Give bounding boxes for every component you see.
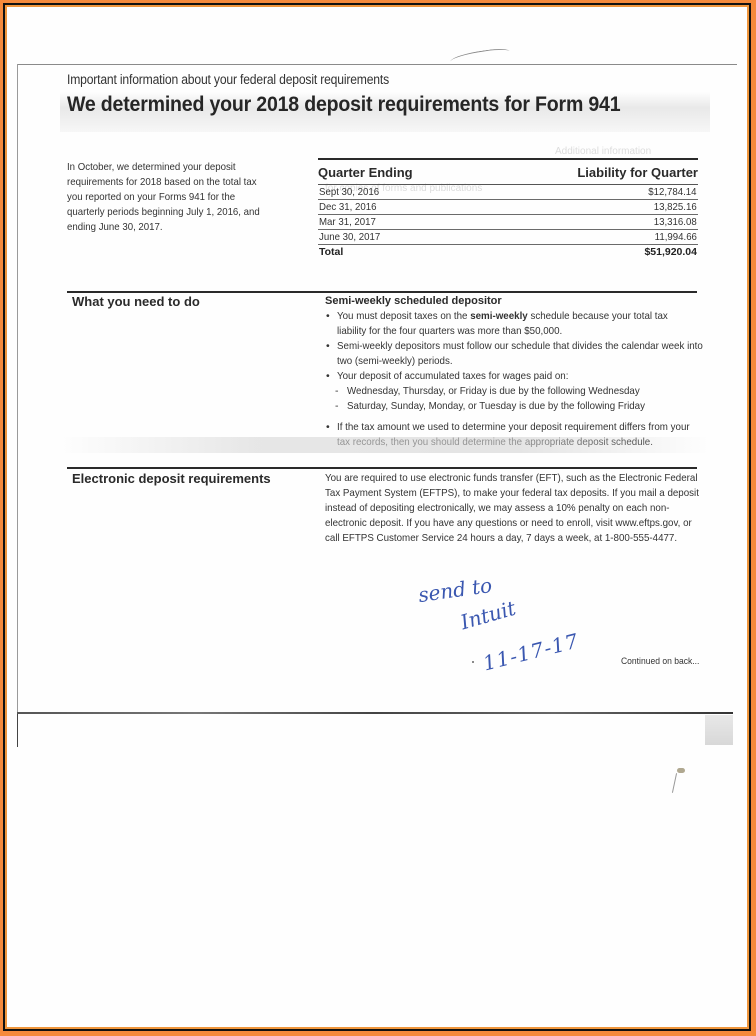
list-item: - Wednesday, Thursday, or Friday is due … xyxy=(325,384,705,399)
text: liability for the four quarters was more… xyxy=(337,324,562,339)
table-total-row: Total $51,920.04 xyxy=(318,245,698,260)
quarter-ending: June 30, 2017 xyxy=(319,230,380,244)
liability-amount: 13,825.16 xyxy=(654,200,697,214)
liability-amount: $12,784.14 xyxy=(649,185,697,199)
pre-title: Important information about your federal… xyxy=(67,72,389,87)
intro-paragraph: In October, we determined your deposit r… xyxy=(67,160,260,235)
text-line: instead of depositing electronically, we… xyxy=(325,501,670,516)
ink-dot xyxy=(472,661,474,663)
scan-shade xyxy=(60,437,710,453)
section-heading-what-to-do: What you need to do xyxy=(72,294,200,309)
electronic-body: You are required to use electronic funds… xyxy=(325,471,705,546)
table-header: Quarter Ending Liability for Quarter xyxy=(318,158,698,185)
text: Saturday, Sunday, Monday, or Tuesday is … xyxy=(347,399,645,414)
liability-amount: 11,994.66 xyxy=(655,230,697,244)
table-row: Sept 30, 2016$12,784.14 xyxy=(318,185,698,200)
bullet-icon: • xyxy=(326,420,330,435)
text: You must deposit taxes on the xyxy=(337,310,470,322)
section-divider xyxy=(67,291,697,293)
bullet-icon: • xyxy=(326,369,330,384)
sheet-left-edge xyxy=(17,64,18,747)
table-row: Dec 31, 201613,825.16 xyxy=(318,200,698,215)
text: schedule because your total tax xyxy=(528,310,668,322)
section-heading-electronic: Electronic deposit requirements xyxy=(72,471,271,486)
bleed-through-text: Additional information xyxy=(555,146,651,157)
table-row: Mar 31, 201713,316.08 xyxy=(318,215,698,230)
text: Your deposit of accumulated taxes for wa… xyxy=(337,369,568,384)
quarter-ending: Sept 30, 2016 xyxy=(319,185,379,199)
bullet-icon: • xyxy=(326,309,330,324)
text-line: Tax Payment System (EFTPS), to make your… xyxy=(325,486,699,501)
table-row: June 30, 201711,994.66 xyxy=(318,230,698,245)
scan-speck xyxy=(677,768,685,773)
dash-icon: - xyxy=(335,384,339,399)
header-liability: Liability for Quarter xyxy=(577,165,698,180)
text: two (semi-weekly) periods. xyxy=(337,354,453,369)
bullet-icon: • xyxy=(326,339,330,354)
total-label: Total xyxy=(319,245,343,260)
list-item: - Saturday, Sunday, Monday, or Tuesday i… xyxy=(325,399,705,414)
emphasis: semi-weekly xyxy=(470,310,528,322)
continued-on-back: Continued on back... xyxy=(621,656,699,667)
quarter-ending: Mar 31, 2017 xyxy=(319,215,376,229)
text: Wednesday, Thursday, or Friday is due by… xyxy=(347,384,640,399)
liability-amount: 13,316.08 xyxy=(654,215,697,229)
list-item: • You must deposit taxes on the semi-wee… xyxy=(325,309,705,339)
what-to-do-body: Semi-weekly scheduled depositor • You mu… xyxy=(325,294,705,450)
sheet-top-edge xyxy=(17,64,737,65)
sheet-bottom-edge xyxy=(17,712,733,714)
text: Semi-weekly depositors must follow our s… xyxy=(337,339,703,354)
total-value: $51,920.04 xyxy=(644,245,697,260)
quarter-liability-table: Quarter Ending Liability for Quarter Sep… xyxy=(318,158,698,260)
text: If the tax amount we used to determine y… xyxy=(337,420,690,435)
depositor-type: Semi-weekly scheduled depositor xyxy=(325,294,705,309)
header-quarter-ending: Quarter Ending xyxy=(318,165,413,180)
section-divider xyxy=(67,467,697,469)
text-line: call EFTPS Customer Service 24 hours a d… xyxy=(325,531,677,546)
text-line: electronic deposit. If you have any ques… xyxy=(325,516,692,531)
page-title: We determined your 2018 deposit requirem… xyxy=(67,93,620,117)
dash-icon: - xyxy=(335,399,339,414)
sheet-edge-stub xyxy=(17,714,18,747)
text-line: You are required to use electronic funds… xyxy=(325,471,698,486)
quarter-ending: Dec 31, 2016 xyxy=(319,200,376,214)
list-item: • Semi-weekly depositors must follow our… xyxy=(325,339,705,369)
scan-shadow xyxy=(705,715,733,745)
list-item: • Your deposit of accumulated taxes for … xyxy=(325,369,705,384)
